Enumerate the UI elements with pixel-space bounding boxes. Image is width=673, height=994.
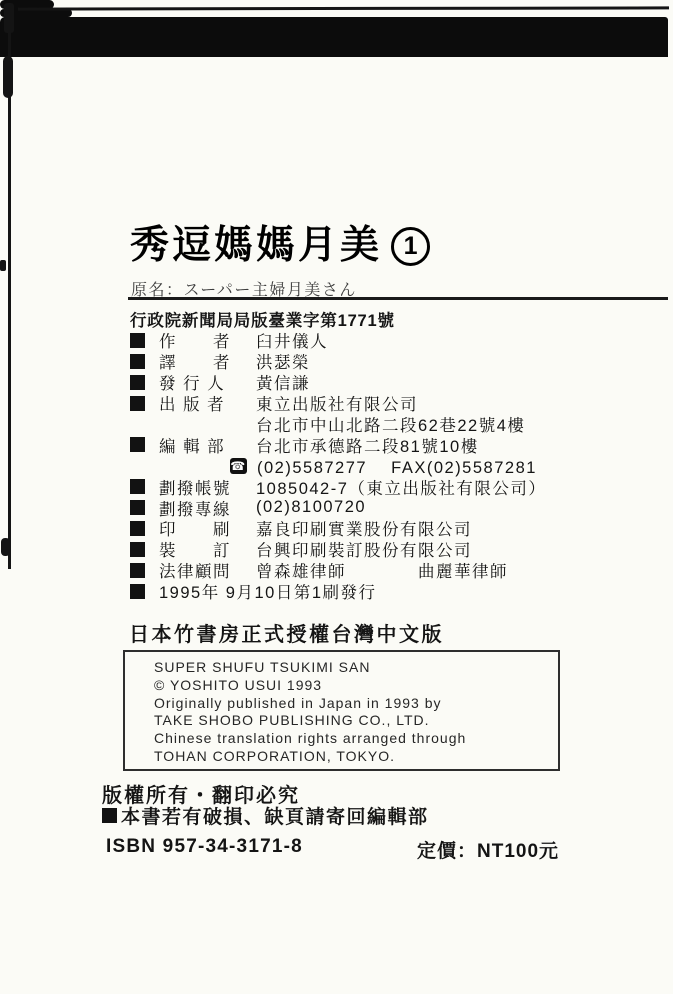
scan-artifact-top-line — [18, 6, 669, 10]
government-license-number: 行政院新聞局局版臺業字第1771號 — [130, 307, 395, 331]
row-publisher-address: 台北市中山北路二段62巷22號4樓 — [130, 414, 546, 435]
row-printer: 印 刷 嘉良印刷實業股份有限公司 — [130, 518, 546, 539]
scan-artifact-bottom-bar — [0, 17, 668, 57]
price-label: 定價：NT100元 — [417, 836, 559, 863]
row-phone-fax: ☎ (02)5587277 FAX(02)5587281 — [130, 455, 546, 476]
row-author: 作 者 臼井儀人 — [130, 330, 546, 351]
license-line-copyright: © YOSHITO USUI 1993 — [154, 677, 558, 695]
row-value: (02)8100720 — [256, 498, 366, 517]
row-print-date: 1995年 9月10日第1刷發行 — [130, 581, 546, 602]
row-binder: 裝 訂 台興印刷裝訂股份有限公司 — [130, 539, 546, 560]
volume-number-badge: 1 — [391, 227, 430, 266]
bullet-square-icon — [130, 521, 145, 536]
scan-artifact-blob — [1, 538, 10, 556]
row-label: 出 版 者 — [159, 391, 231, 415]
divider-rule — [128, 297, 668, 300]
license-line-english: Originally published in Japan in 1993 by — [154, 695, 558, 713]
bullet-square-icon — [130, 333, 145, 348]
row-legal-advisors: 法律顧問 曾森雄律師 曲麗華律師 — [130, 560, 546, 581]
bullet-square-icon — [130, 437, 145, 452]
english-license-box: SUPER SHUFU TSUKIMI SAN © YOSHITO USUI 1… — [123, 650, 560, 771]
scan-artifact-blob — [4, 3, 14, 33]
authorization-statement: 日本竹書房正式授權台灣中文版 — [129, 618, 444, 647]
license-line-english: SUPER SHUFU TSUKIMI SAN — [154, 659, 558, 677]
row-label: 編 輯 部 — [159, 433, 231, 457]
row-publisher-person: 發 行 人 黃信謙 — [130, 372, 546, 393]
scan-artifact-blob — [3, 56, 13, 98]
row-translator: 譯 者 洪瑟榮 — [130, 351, 546, 372]
colophon-page: 秀逗媽媽月美 1 原名：スーパー主婦月美さん 行政院新聞局局版臺業字第1771號… — [0, 0, 673, 994]
row-postal-hotline: 劃撥專線 (02)8100720 — [130, 497, 546, 518]
row-postal-account: 劃撥帳號 1085042-7（東立出版社有限公司） — [130, 476, 546, 497]
bullet-square-icon — [102, 808, 117, 823]
damage-return-text: 本書若有破損、缺頁請寄回編輯部 — [121, 802, 429, 829]
book-title: 秀逗媽媽月美 — [130, 224, 382, 268]
bullet-square-icon — [130, 542, 145, 557]
row-editorial-dept: 編 輯 部 台北市承德路二段81號10樓 — [130, 434, 546, 455]
bullet-square-icon — [130, 500, 145, 515]
bullet-square-icon — [130, 375, 145, 390]
bullet-square-icon — [130, 563, 145, 578]
row-publishing-company: 出 版 者 東立出版社有限公司 — [130, 393, 546, 414]
bullet-square-icon — [130, 584, 145, 599]
bullet-square-icon — [130, 396, 145, 411]
bullet-square-icon — [130, 354, 145, 369]
title-block: 秀逗媽媽月美 1 — [130, 224, 430, 268]
license-line-english: TAKE SHOBO PUBLISHING CO., LTD. — [154, 712, 558, 730]
isbn-number: ISBN 957-34-3171-8 — [106, 836, 303, 858]
phone-icon: ☎ — [230, 458, 247, 474]
row-value: 1995年 9月10日第1刷發行 — [159, 579, 377, 603]
damage-return-notice: 本書若有破損、缺頁請寄回編輯部 — [102, 802, 429, 829]
bullet-square-icon — [130, 479, 145, 494]
row-value: 1085042-7（東立出版社有限公司） — [256, 475, 546, 499]
license-line-english: Chinese translation rights arranged thro… — [154, 730, 558, 748]
scan-artifact-tick — [0, 260, 6, 271]
colophon-rows: 作 者 臼井儀人 譯 者 洪瑟榮 發 行 人 黃信謙 出 版 者 東立出版社有限… — [130, 330, 546, 602]
license-line-english: TOHAN CORPORATION, TOKYO. — [154, 748, 558, 766]
